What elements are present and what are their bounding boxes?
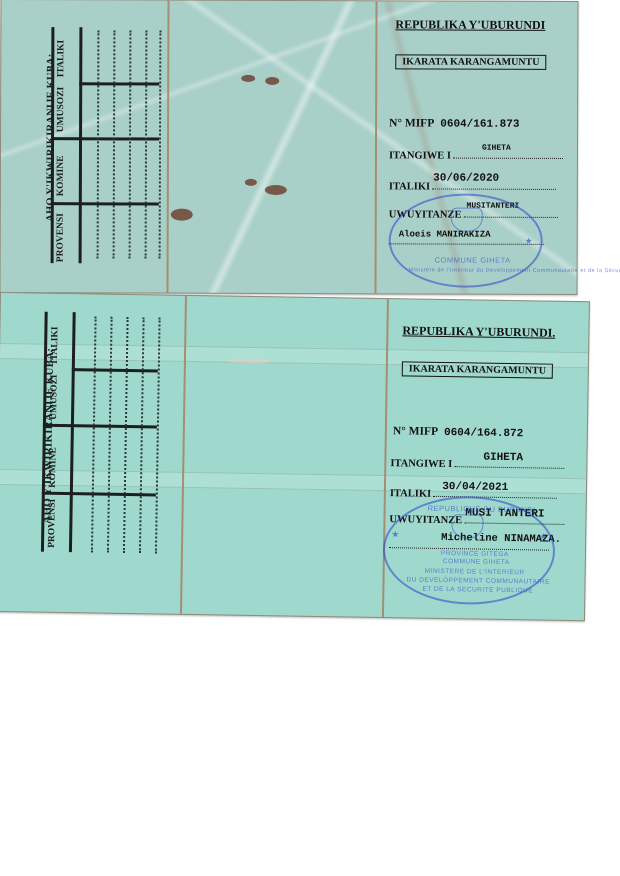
italiki-value: 30/04/2021 <box>442 481 508 494</box>
table-divider <box>51 202 159 205</box>
stamp-ministry: Ministère de l'Intérieur du Développemen… <box>409 267 620 274</box>
itangiwe-label: ITANGIWE I <box>389 150 451 161</box>
residence-table: AHO Y'IKWIRIKIRANIJE KUBA: PROVENSI KOMI… <box>37 312 181 574</box>
entry-line <box>123 317 129 553</box>
card-type-label: IKARATA KARANGAMUNTU <box>402 361 553 378</box>
column-italiki: ITALIKI <box>50 326 61 363</box>
column-umusozi: UMUSOZI <box>49 374 60 420</box>
table-divider <box>42 492 156 497</box>
stain <box>265 77 279 85</box>
identity-card-2: AHO Y'IKWIRIKIRANIJE KUBA: PROVENSI KOMI… <box>0 292 590 621</box>
stamp-commune: COMMUNE GIHETA <box>443 558 510 566</box>
star-icon: ★ <box>539 531 547 542</box>
stain <box>241 75 255 82</box>
stamp-republic: REPUBLIQUE DU BURUNDI <box>428 504 536 515</box>
column-komine: KOMINE <box>48 447 59 488</box>
republic-heading: REPUBLIKA Y'UBURUNDI. <box>402 323 555 340</box>
entry-line <box>159 31 162 259</box>
id-details-panel: REPUBLIKA Y'UBURUNDI IKARATA KARANGAMUNT… <box>376 1 577 294</box>
mifp-label: N° MIFP <box>389 117 434 129</box>
entry-line <box>129 30 132 258</box>
column-provensi: PROVENSI <box>56 213 66 262</box>
emblem-icon <box>451 208 483 232</box>
column-komine: KOMINE <box>56 156 66 197</box>
italiki-label: ITALIKI <box>390 488 431 500</box>
entry-line <box>113 30 116 258</box>
entry-line <box>145 30 148 258</box>
table-divider <box>72 368 158 372</box>
stamp-province: PROVINCE GITEGA <box>441 550 509 558</box>
blank-middle-panel <box>168 1 377 294</box>
mifp-field: N° MIFP0604/161.873 <box>389 117 519 130</box>
republic-heading: REPUBLIKA Y'UBURUNDI <box>395 17 545 33</box>
identity-card-1: AHO Y'IKWIRIKIRANIJE KUBA: PROVENSI KOMI… <box>0 0 579 295</box>
blank-middle-panel <box>182 296 389 617</box>
itangiwe-value: GIHETA <box>482 144 511 153</box>
emblem-icon <box>451 514 483 538</box>
table-divider <box>43 424 157 429</box>
table-divider <box>51 137 159 140</box>
column-umusozi: UMUSOZI <box>56 87 66 132</box>
star-icon: ★ <box>525 236 533 247</box>
tape-tear <box>226 359 272 364</box>
italiki-label: ITALIKI <box>389 181 430 192</box>
column-provensi: PROVENSI <box>47 499 58 548</box>
id-details-panel: REPUBLIKA Y'UBURUNDI. IKARATA KARANGAMUN… <box>384 299 589 620</box>
stamp-ministry-dept: DU DEVELOPPEMENT COMMUNAUTAIRE <box>406 576 549 585</box>
entry-line <box>155 317 161 553</box>
entry-line <box>107 317 113 553</box>
entry-line <box>91 316 97 552</box>
stamp-ministry: MINISTERE DE L'INTERIEUR <box>425 568 525 577</box>
mifp-field: N° MIFP0604/164.872 <box>393 425 524 440</box>
entry-line <box>97 30 100 258</box>
residence-table-panel: AHO Y'IKWIRIKIRANIJE KUBA: PROVENSI KOMI… <box>0 293 187 614</box>
itangiwe-value: GIHETA <box>483 452 523 465</box>
stain <box>265 185 287 195</box>
mifp-number: 0604/161.873 <box>440 119 519 131</box>
itangiwe-field: ITANGIWE I GIHETA <box>389 147 563 162</box>
italiki-value: 30/06/2020 <box>433 173 499 185</box>
italiki-field: ITALIKI 30/06/2020 <box>389 178 556 193</box>
stain <box>245 179 257 186</box>
entry-line <box>139 317 145 553</box>
stain <box>171 209 193 221</box>
table-border <box>69 312 76 552</box>
column-italiki: ITALIKI <box>56 40 66 77</box>
card-type-label: IKARATA KARANGAMUNTU <box>395 54 546 70</box>
mifp-label: N° MIFP <box>393 425 438 438</box>
star-icon: ★ <box>391 529 399 540</box>
itangiwe-field: ITANGIWE I GIHETA <box>390 455 564 472</box>
stamp-commune: COMMUNE GIHETA <box>435 256 511 265</box>
stamp-ministry-security: ET DE LA SECURITE PUBLIQUE <box>422 586 533 595</box>
itangiwe-label: ITANGIWE I <box>390 458 452 470</box>
table-border <box>79 27 83 263</box>
official-stamp: ★ COMMUNE GIHETA Ministère de l'Intérieu… <box>389 193 543 288</box>
residence-table: AHO Y'IKWIRIKIRANIJE KUBA: PROVENSI KOMI… <box>41 22 162 268</box>
mifp-number: 0604/164.872 <box>444 427 523 440</box>
official-stamp: REPUBLIQUE DU BURUNDI ★ ★ PROVINCE GITEG… <box>382 495 556 606</box>
residence-table-panel: AHO Y'IKWIRIKIRANIJE KUBA: PROVENSI KOMI… <box>0 0 169 293</box>
